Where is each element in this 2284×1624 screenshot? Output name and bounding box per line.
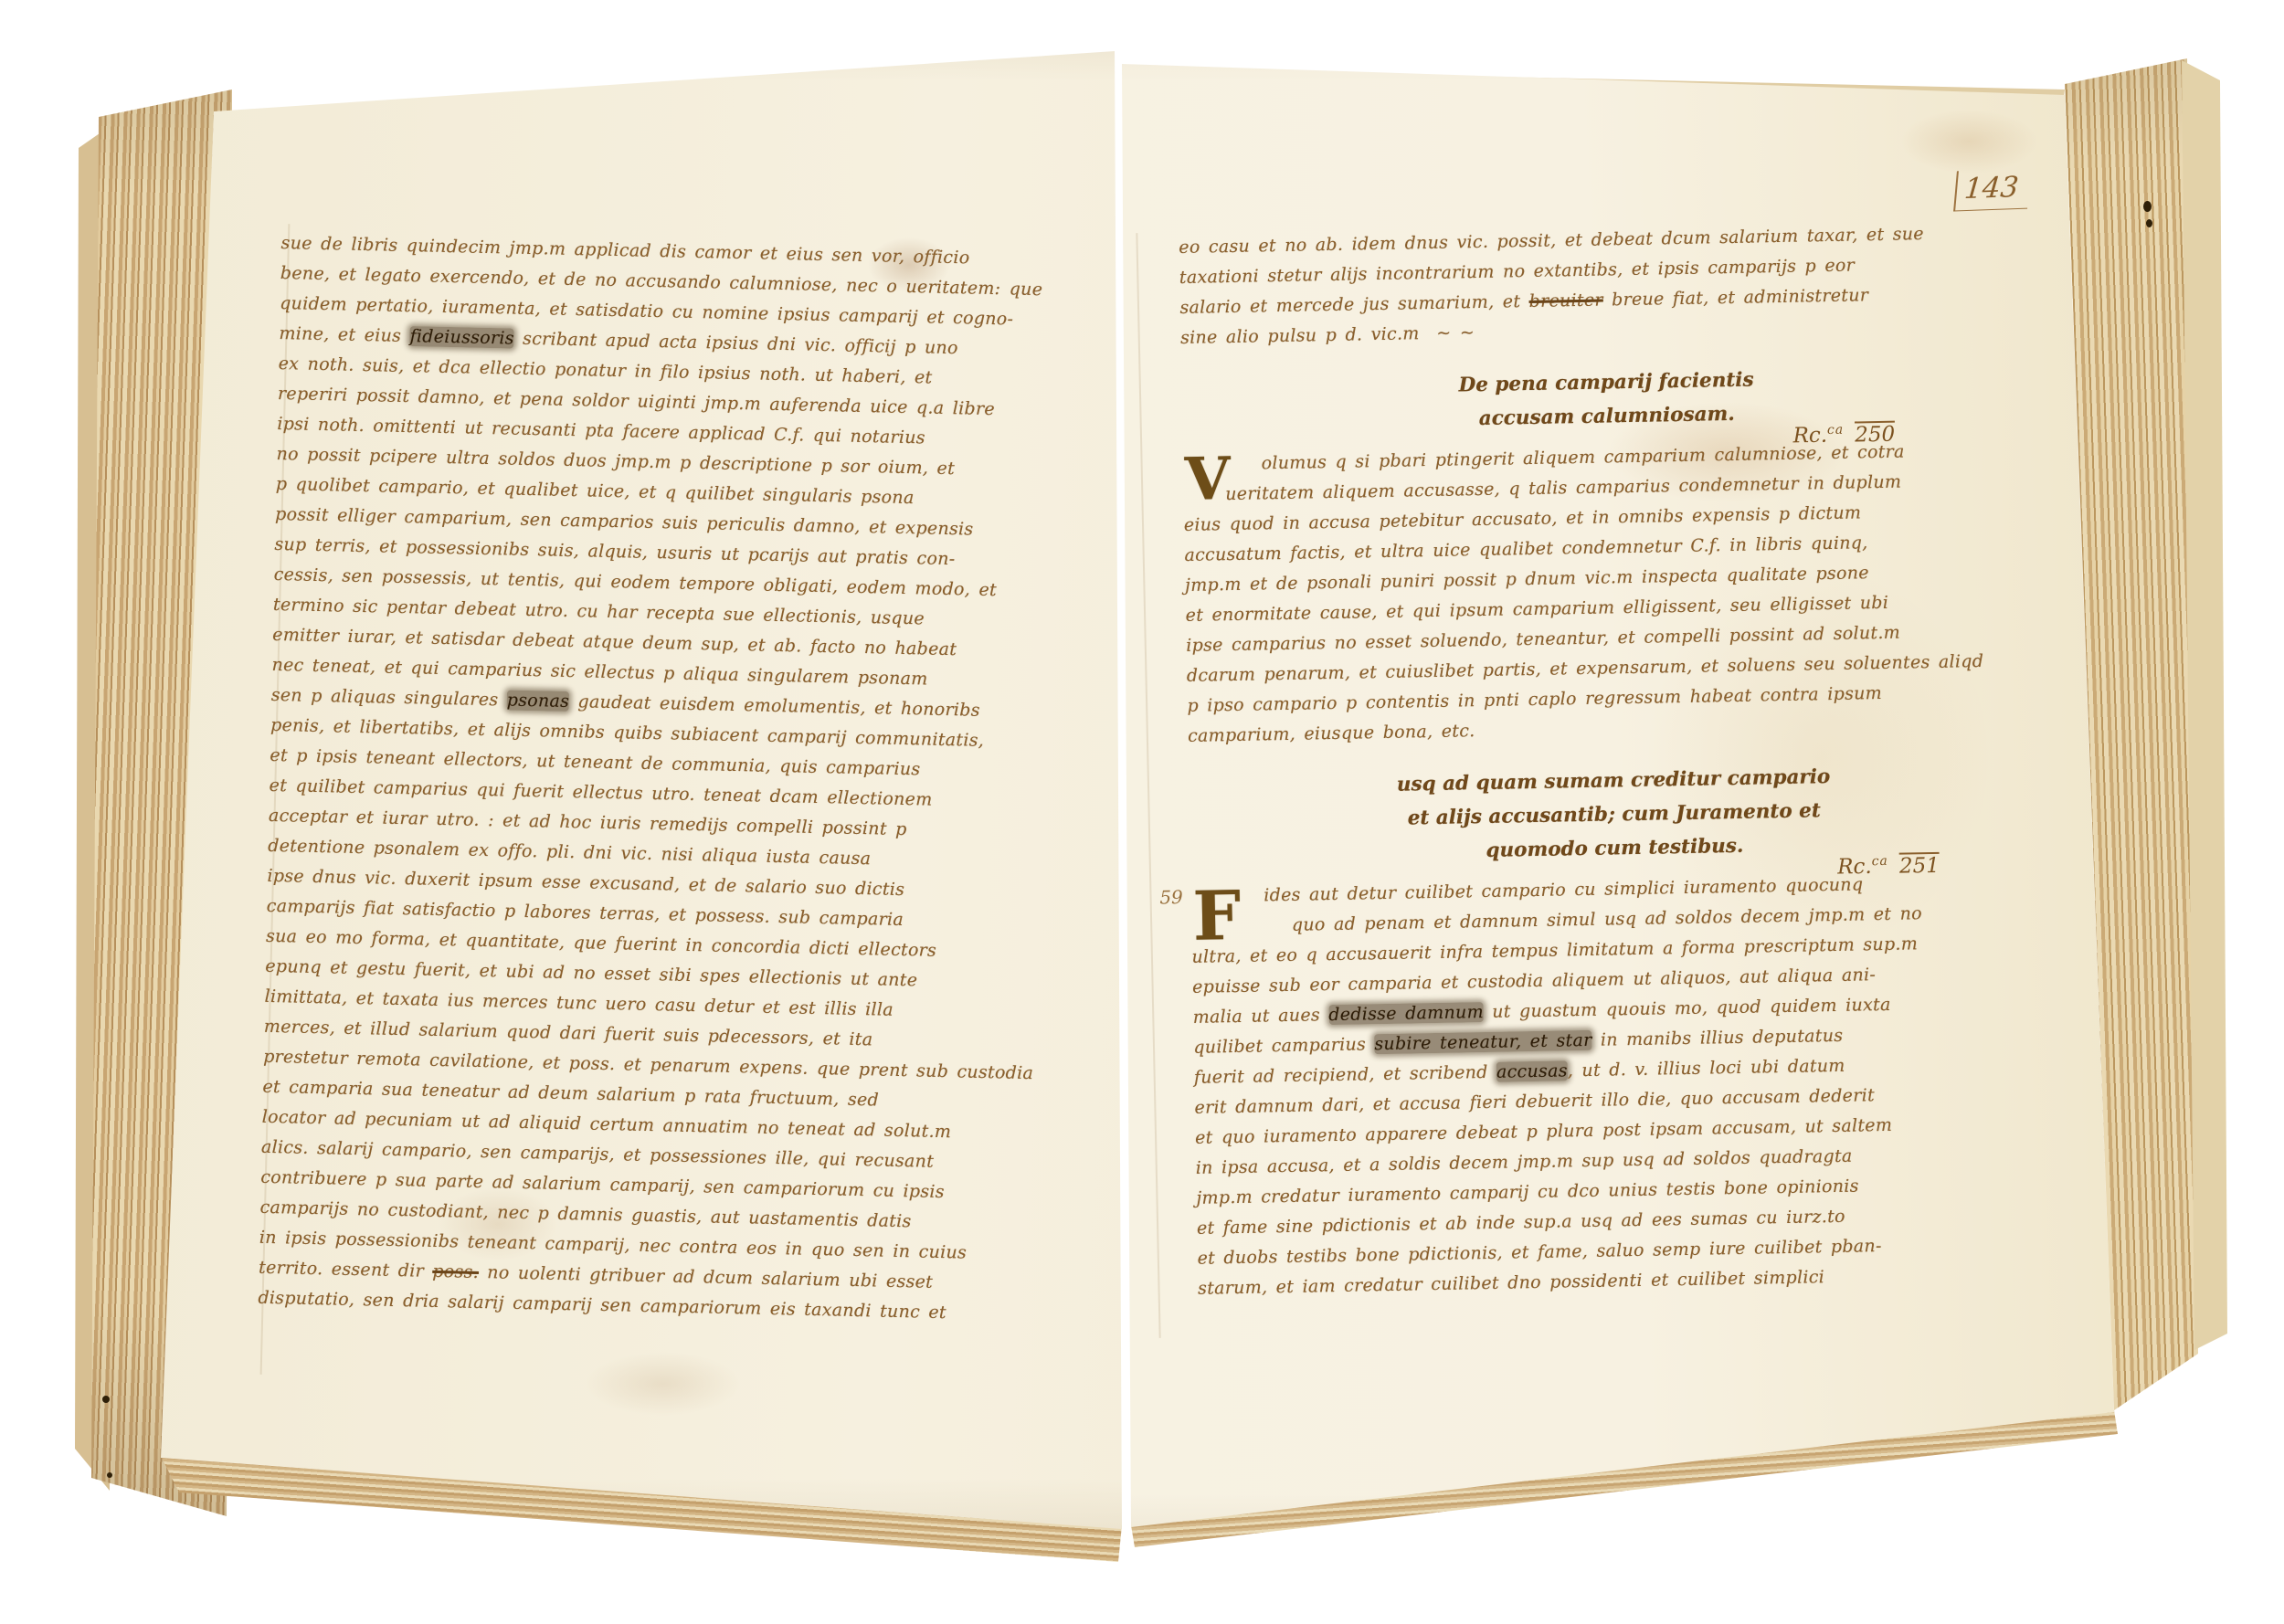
text-segment: territo. essent dir: [259, 1258, 433, 1281]
rubric-superscript: ca: [1827, 423, 1844, 438]
strike-text: poss.: [432, 1261, 479, 1282]
left-page-text: sue de libris quindecim jmp.m applicad d…: [258, 228, 1089, 1331]
text-segment: in manibs illius deputatus: [1591, 1026, 1843, 1050]
folio-number-value: 143: [1953, 169, 2031, 212]
strike-text: breuiter: [1528, 290, 1603, 311]
folio-number: 143: [1954, 169, 2030, 212]
text-segment: mine, et eius: [279, 323, 410, 346]
text-segment: scribant apud acta ipsius dni vic. offic…: [514, 329, 958, 359]
chapter-251-heading-block: usq ad quam sumam creditur campario et a…: [1189, 756, 2040, 873]
text-segment: quilibet camparius: [1193, 1034, 1374, 1058]
text-segment: gaudeat euisdem emolumentis, et honoribs: [569, 691, 980, 721]
chapter-250-paragraph: V olumus q si pbari ptingerit aliquem ca…: [1182, 435, 2037, 752]
text-segment: , ut d. v. illius loci ubi datum: [1568, 1056, 1845, 1081]
blot-text: psonas: [507, 691, 570, 712]
wormhole: [2146, 219, 2152, 227]
text-segment: salario et mercede jus sumarium, et: [1179, 291, 1529, 318]
drop-cap-initial: V: [1184, 451, 1231, 509]
wormhole: [102, 1396, 110, 1403]
text-segment: sen p aliquas singulares: [271, 685, 507, 711]
right-page-text: eo casu et no ab. idem dnus vic. possit,…: [1179, 217, 2047, 1304]
margin-note-number: 59: [1159, 886, 1183, 908]
chapter-251-paragraph: 59 F ides aut detur cuilibet campario cu…: [1190, 867, 2047, 1304]
text-segment: malia ut aues: [1193, 1005, 1329, 1028]
text-segment: breue fiat, et administretur: [1603, 285, 1869, 310]
chapter-250-text: olumus q si pbari ptingerit aliquem camp…: [1182, 435, 2037, 752]
text-segment: no uolenti gtribuer ad dcum salarium ubi…: [479, 1262, 934, 1292]
blot-text: subire teneatur, et star: [1374, 1030, 1592, 1054]
blot-text: accusas: [1496, 1060, 1568, 1081]
text-segment: ut guastum quouis mo, quod quidem iuxta: [1484, 995, 1891, 1022]
text-segment: fuerit ad recipiend, et scribend: [1194, 1062, 1496, 1088]
wormhole: [107, 1472, 112, 1478]
chapter-251-text: ides aut detur cuilibet campario cu simp…: [1190, 867, 2047, 1304]
wormhole: [2143, 201, 2152, 212]
carryover-paragraph: eo casu et no ab. idem dnus vic. possit,…: [1179, 217, 2030, 353]
blot-text: fideiussoris: [409, 326, 514, 348]
blot-text: dedisse damnum: [1328, 1002, 1484, 1025]
drop-cap-initial: F: [1192, 883, 1242, 950]
manuscript-photo: 143 sue de libris quindecim jmp.m applic…: [0, 0, 2284, 1624]
chapter-250-heading-block: De pena camparij facientis accusam calum…: [1181, 358, 2032, 441]
rubric-superscript: ca: [1872, 854, 1888, 869]
